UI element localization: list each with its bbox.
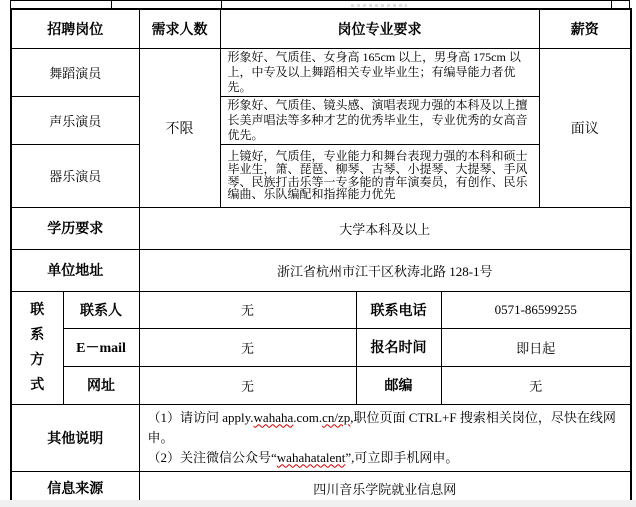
misspelled-word: wahaha bbox=[254, 410, 294, 425]
requirement-instrumentalist: 上镜好，气质佳，专业能力和舞台表现力强的本科和硕士毕业生，箫、琵琶、柳琴、古琴、… bbox=[220, 144, 539, 207]
education-label: 学历要求 bbox=[11, 207, 139, 249]
fragment-grid-line bbox=[221, 1, 222, 8]
table-row: 联 系 方 式 联系人 无 联系电话 0571-86599255 bbox=[11, 291, 631, 328]
col-header-salary: 薪资 bbox=[539, 9, 631, 48]
headcount-value: 不限 bbox=[139, 48, 220, 207]
recruitment-table: 招聘岗位 需求人数 岗位专业要求 薪资 舞蹈演员 不限 形象好、气质佳、女身高 … bbox=[10, 8, 632, 507]
fragment-grid-line bbox=[611, 1, 612, 8]
address-label: 单位地址 bbox=[11, 249, 139, 291]
other-notes-label: 其他说明 bbox=[11, 404, 139, 471]
other-notes-content: （1）请访问 apply.wahaha.com.cn/zp,职位页面 CTRL+… bbox=[139, 404, 631, 471]
salary-value: 面议 bbox=[539, 48, 631, 207]
email-label: E－mail bbox=[63, 328, 139, 366]
window-edge-strip bbox=[0, 500, 636, 507]
fragment-grid-line bbox=[111, 1, 112, 8]
website-value: 无 bbox=[139, 366, 356, 404]
table-row: 学历要求 大学本科及以上 bbox=[11, 207, 631, 249]
contact-group-label: 联 系 方 式 bbox=[11, 291, 63, 404]
phone-value: 0571-86599255 bbox=[441, 291, 631, 328]
email-value: 无 bbox=[139, 328, 356, 366]
fragment-text-remnant bbox=[351, 4, 407, 7]
table-row: 招聘岗位 需求人数 岗位专业要求 薪资 bbox=[11, 9, 631, 48]
signup-time-label: 报名时间 bbox=[356, 328, 441, 366]
table-row: 网址 无 邮编 无 bbox=[11, 366, 631, 404]
website-label: 网址 bbox=[63, 366, 139, 404]
note-line-1: （1）请访问 apply.wahaha.com.cn/zp,职位页面 CTRL+… bbox=[148, 408, 623, 448]
contact-person-label: 联系人 bbox=[63, 291, 139, 328]
contact-person-value: 无 bbox=[139, 291, 356, 328]
table-row: 器乐演员 上镜好，气质佳，专业能力和舞台表现力强的本科和硕士毕业生，箫、琵琶、柳… bbox=[11, 144, 631, 207]
zipcode-label: 邮编 bbox=[356, 366, 441, 404]
zipcode-value: 无 bbox=[441, 366, 631, 404]
col-header-position: 招聘岗位 bbox=[11, 9, 139, 48]
table-row: 单位地址 浙江省杭州市江干区秋涛北路 128-1号 bbox=[11, 249, 631, 291]
col-header-requirements: 岗位专业要求 bbox=[220, 9, 539, 48]
education-value: 大学本科及以上 bbox=[139, 207, 631, 249]
address-value: 浙江省杭州市江干区秋涛北路 128-1号 bbox=[139, 249, 631, 291]
signup-time-value: 即日起 bbox=[441, 328, 631, 366]
table-row: 声乐演员 形象好、气质佳、镜头感、演唱表现力强的本科及以上擅长美声唱法等多种才艺… bbox=[11, 96, 631, 144]
misspelled-word: wahahatalent bbox=[277, 450, 346, 465]
requirement-dancer: 形象好、气质佳、女身高 165cm 以上，男身高 175cm 以上，中专及以上舞… bbox=[220, 48, 539, 96]
phone-label: 联系电话 bbox=[356, 291, 441, 328]
table-fragment-top bbox=[10, 0, 630, 8]
col-header-headcount: 需求人数 bbox=[139, 9, 220, 48]
requirement-vocalist: 形象好、气质佳、镜头感、演唱表现力强的本科及以上擅长美声唱法等多种才艺的优秀毕业… bbox=[220, 96, 539, 144]
position-name-vocalist: 声乐演员 bbox=[11, 96, 139, 144]
recruitment-document-page: 招聘岗位 需求人数 岗位专业要求 薪资 舞蹈演员 不限 形象好、气质佳、女身高 … bbox=[0, 0, 636, 507]
table-row: 舞蹈演员 不限 形象好、气质佳、女身高 165cm 以上，男身高 175cm 以… bbox=[11, 48, 631, 96]
misspelled-word: cn/zp bbox=[322, 410, 350, 425]
table-row: E－mail 无 报名时间 即日起 bbox=[11, 328, 631, 366]
note-line-2: （2）关注微信公众号“wahahatalent”,可立即手机网申。 bbox=[148, 448, 623, 468]
table-row: 其他说明 （1）请访问 apply.wahaha.com.cn/zp,职位页面 … bbox=[11, 404, 631, 471]
position-name-instrumentalist: 器乐演员 bbox=[11, 144, 139, 207]
position-name-dancer: 舞蹈演员 bbox=[11, 48, 139, 96]
